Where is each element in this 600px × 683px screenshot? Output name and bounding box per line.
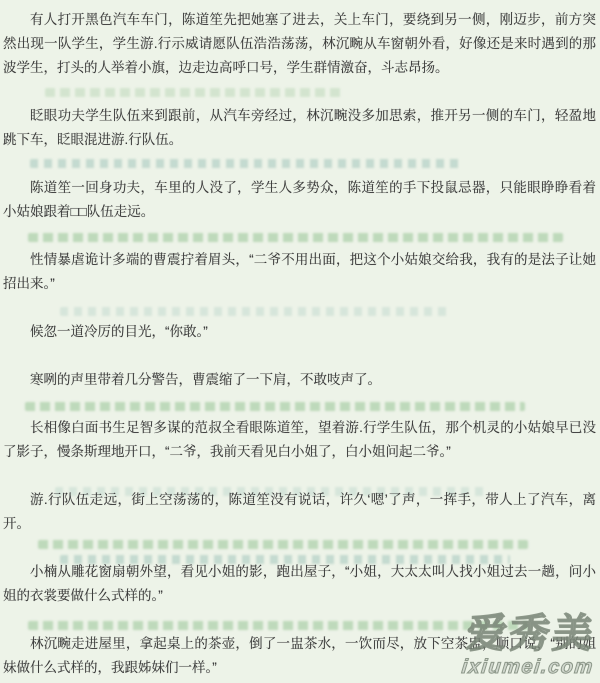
paragraph-8: 游.行队伍走远，街上空荡荡的，陈道笙没有说话，许久‘嗯’了声，一挥手，带人上了汽…	[3, 488, 596, 536]
paragraph-5: 候忽一道冷厉的目光，“你敢。”	[3, 320, 596, 344]
paragraph-2: 眨眼功夫学生队伍来到跟前，从汽车旁经过，林沉畹没多加思索，推开另一侧的车门，轻盈…	[3, 104, 596, 152]
watermark-logo-text: 爱秀美	[463, 614, 599, 654]
paragraph-1: 有人打开黑色汽车车门，陈道笙先把她塞了进去，关上车门，要绕到另一侧，刚迈步，前方…	[3, 8, 596, 80]
article-body: 有人打开黑色汽车车门，陈道笙先把她塞了进去，关上车门，要绕到另一侧，刚迈步，前方…	[0, 0, 600, 680]
paragraph-6: 寒咧的声里带着几分警告，曹震缩了一下肩，不敢吱声了。	[3, 368, 596, 392]
site-watermark: 爱秀美 ixiumei.com	[461, 614, 600, 677]
paragraph-9: 小楠从雕花窗扇朝外望，看见小姐的影，跑出屋子，“小姐，大太太叫人找小姐过去一趟，…	[3, 560, 596, 608]
novel-text-page: 有人打开黑色汽车车门，陈道笙先把她塞了进去，关上车门，要绕到另一侧，刚迈步，前方…	[0, 0, 600, 683]
paragraph-4: 性情暴虐诡计多端的曹震拧着眉头，“二爷不用出面，把这个小姑娘交给我，我有的是法子…	[3, 248, 596, 296]
paragraph-3: 陈道笙一回身功夫，车里的人没了，学生人多势众，陈道笙的手下投鼠忌器，只能眼睁睁看…	[3, 176, 596, 224]
paragraph-7: 长相像白面书生足智多谋的范叔全看眼陈道笙，望着游.行学生队伍，那个机灵的小姑娘早…	[3, 416, 596, 464]
watermark-site-url: ixiumei.com	[461, 657, 595, 677]
